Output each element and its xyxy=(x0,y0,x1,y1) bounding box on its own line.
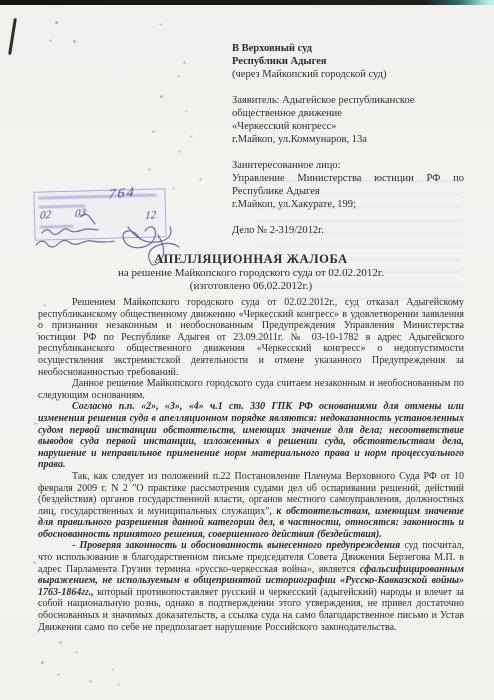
text-line: «Черкесский конгресс» xyxy=(232,120,464,133)
text-line: общественное движение xyxy=(232,107,464,120)
applicant-block: Заявитель: Адыгейское республиканскоеобщ… xyxy=(232,94,464,146)
pen-mark xyxy=(8,18,17,55)
court-via-line: (через Майкопский городской суд) xyxy=(232,68,464,81)
stamp-date-month: 03 xyxy=(74,207,86,220)
document-subtitle: на решение Майкопского городского суда о… xyxy=(38,266,464,280)
text-line: г.Майкоп, ул.Коммунаров, 13а xyxy=(232,133,464,146)
text-line: г.Майкоп, ул.Хакурате, 199; xyxy=(232,198,464,211)
stamp-printed-line xyxy=(39,194,157,200)
text-line: Заявитель: Адыгейское республиканское xyxy=(232,94,464,107)
text-line: Республике Адыгея xyxy=(232,185,464,198)
stamp-registry-number: 764 xyxy=(108,185,136,204)
court-intake-stamp: 764 02 03 12 xyxy=(33,188,166,240)
document-date-note: (изготовлено 06.02.2012г.) xyxy=(38,280,464,293)
document-title-block: АПЕЛЛЯЦИОННАЯ ЖАЛОБА на решение Майкопск… xyxy=(38,252,464,293)
body-paragraph: - Проверяя законность и обоснованность в… xyxy=(38,540,464,633)
interested-party-block: Заинтересованное лицо:Управление Министе… xyxy=(232,159,464,211)
body-paragraph: Так, как следует из положений п.22 Поста… xyxy=(38,471,464,541)
stamp-date-day: 02 xyxy=(39,209,51,222)
body-paragraph: Решением Майкопского городского суда от … xyxy=(38,297,464,378)
body-text-run: Решением Майкопского городского суда от … xyxy=(38,297,464,378)
document-title: АПЕЛЛЯЦИОННАЯ ЖАЛОБА xyxy=(38,252,464,266)
body-text-run: который противопоставляет русский и черк… xyxy=(38,587,464,633)
scan-noise xyxy=(0,0,1,1)
scan-top-edge xyxy=(0,0,494,5)
body-paragraph: Данное решение Майкопского городского су… xyxy=(38,378,464,401)
stamp-date-year: 12 xyxy=(145,209,157,222)
body-text-run: Данное решение Майкопского городского су… xyxy=(38,378,464,401)
document-body: Решением Майкопского городского суда от … xyxy=(38,297,464,633)
text-line: Управление Министерства юстиции РФ по xyxy=(232,172,464,185)
body-paragraph: Согласно п.п. «2», «3», «4» ч.1 ст. 330 … xyxy=(38,401,464,471)
text-line: Заинтересованное лицо: xyxy=(232,159,464,172)
stamp-printed-line xyxy=(39,225,73,228)
case-number: Дело № 2-319/2012г. xyxy=(232,224,464,237)
scanned-document-page: { "colors": { "page_background": "#f3f1e… xyxy=(0,0,494,700)
document-header: В Верховный суд Республики Адыгея (через… xyxy=(232,42,464,237)
court-name-line: Республики Адыгея xyxy=(232,55,464,68)
addressee-court-block: В Верховный суд Республики Адыгея (через… xyxy=(232,42,464,81)
court-name-line: В Верховный суд xyxy=(232,42,464,55)
body-text-run: Согласно п.п. «2», «3», «4» ч.1 ст. 330 … xyxy=(38,401,464,470)
body-text-run: - Проверяя законность и обоснованность в… xyxy=(72,540,404,551)
